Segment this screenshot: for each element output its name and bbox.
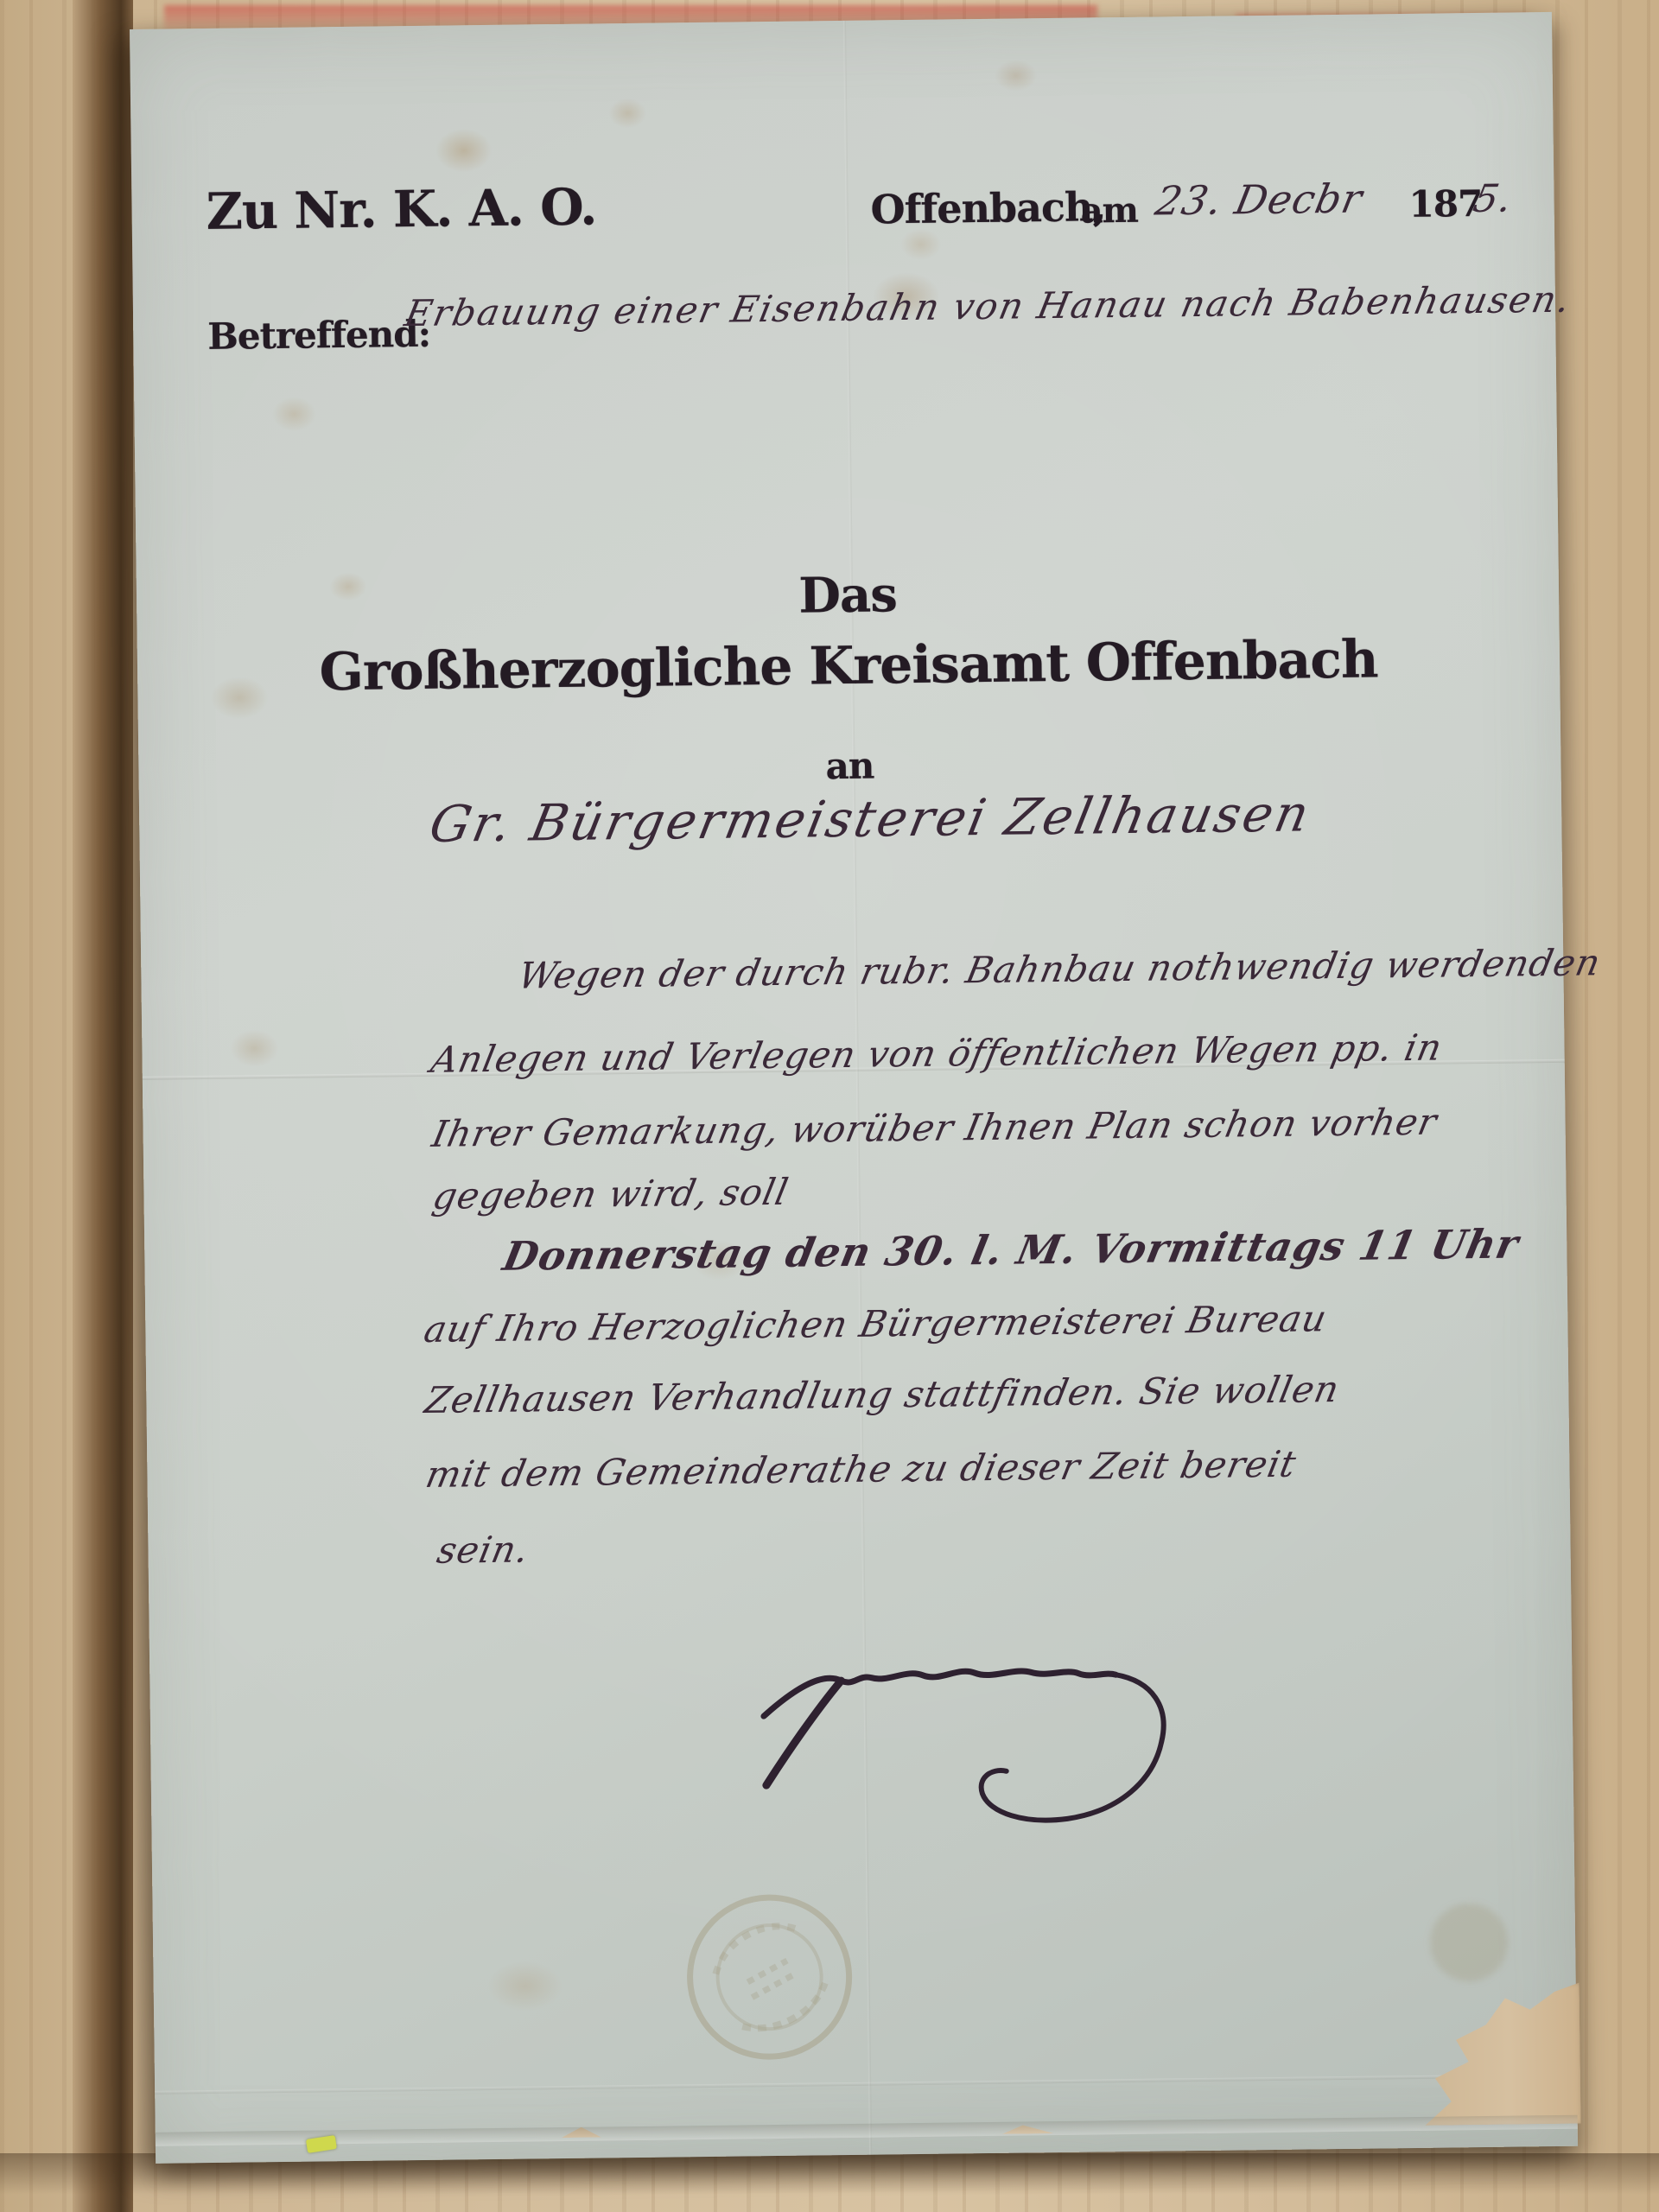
- postmark-stamp: [634, 1842, 904, 2112]
- body-line-6: auf Ihro Herzoglichen Bürgermeisterei Bu…: [421, 1297, 1332, 1351]
- faint-stamp-right: [1430, 1904, 1509, 1982]
- letter-page: Zu Nr. K. A. O. Offenbach, am 23. Decbr …: [130, 12, 1578, 2164]
- place-printed: Offenbach,: [870, 183, 1105, 232]
- body-line-4: gegeben wird, soll: [429, 1171, 792, 1217]
- body-line-8: mit dem Gemeinderathe zu dieser Zeit ber…: [423, 1443, 1300, 1496]
- subject-text: Erbauung einer Eisenbahn von Hanau nach …: [401, 278, 1575, 335]
- body-line-5: Donnerstag den 30. l. M. Vormittags 11 U…: [499, 1220, 1523, 1279]
- body-line-2: Anlegen und Verlegen von öffentlichen We…: [428, 1026, 1446, 1080]
- body-line-1: Wegen der durch rubr. Bahnbau nothwendig…: [515, 941, 1605, 996]
- fold-crease-bottom: [155, 2074, 1577, 2094]
- fold-crease-vertical: [843, 21, 872, 2155]
- subject-label: Betreffend:: [207, 313, 430, 358]
- photograph-of-document: Zu Nr. K. A. O. Offenbach, am 23. Decbr …: [0, 0, 1659, 2212]
- am-printed: am: [1080, 190, 1138, 232]
- body-line-3: Ihrer Gemarkung, worüber Ihnen Plan scho…: [429, 1101, 1441, 1155]
- signature: [746, 1629, 1215, 1859]
- date-handwritten: 23. Decbr: [1152, 175, 1367, 225]
- letterhead-kreisamt: Großherzogliche Kreisamt Offenbach: [137, 627, 1560, 705]
- year-handwritten: 5.: [1470, 176, 1516, 221]
- torn-corner: [1402, 1977, 1581, 2126]
- body-line-7: Zellhausen Verhandlung stattfinden. Sie …: [422, 1368, 1344, 1421]
- reference-number: Zu Nr. K. A. O.: [206, 177, 597, 241]
- letterhead-das: Das: [137, 558, 1560, 632]
- wood-table-edge: [73, 0, 133, 2212]
- letterhead-an: an: [138, 736, 1560, 796]
- bottom-fold-strip: [156, 2115, 1578, 2146]
- body-line-9: sein.: [434, 1528, 533, 1571]
- addressee-line: Gr. Bürgermeisterei Zellhausen: [425, 784, 1317, 854]
